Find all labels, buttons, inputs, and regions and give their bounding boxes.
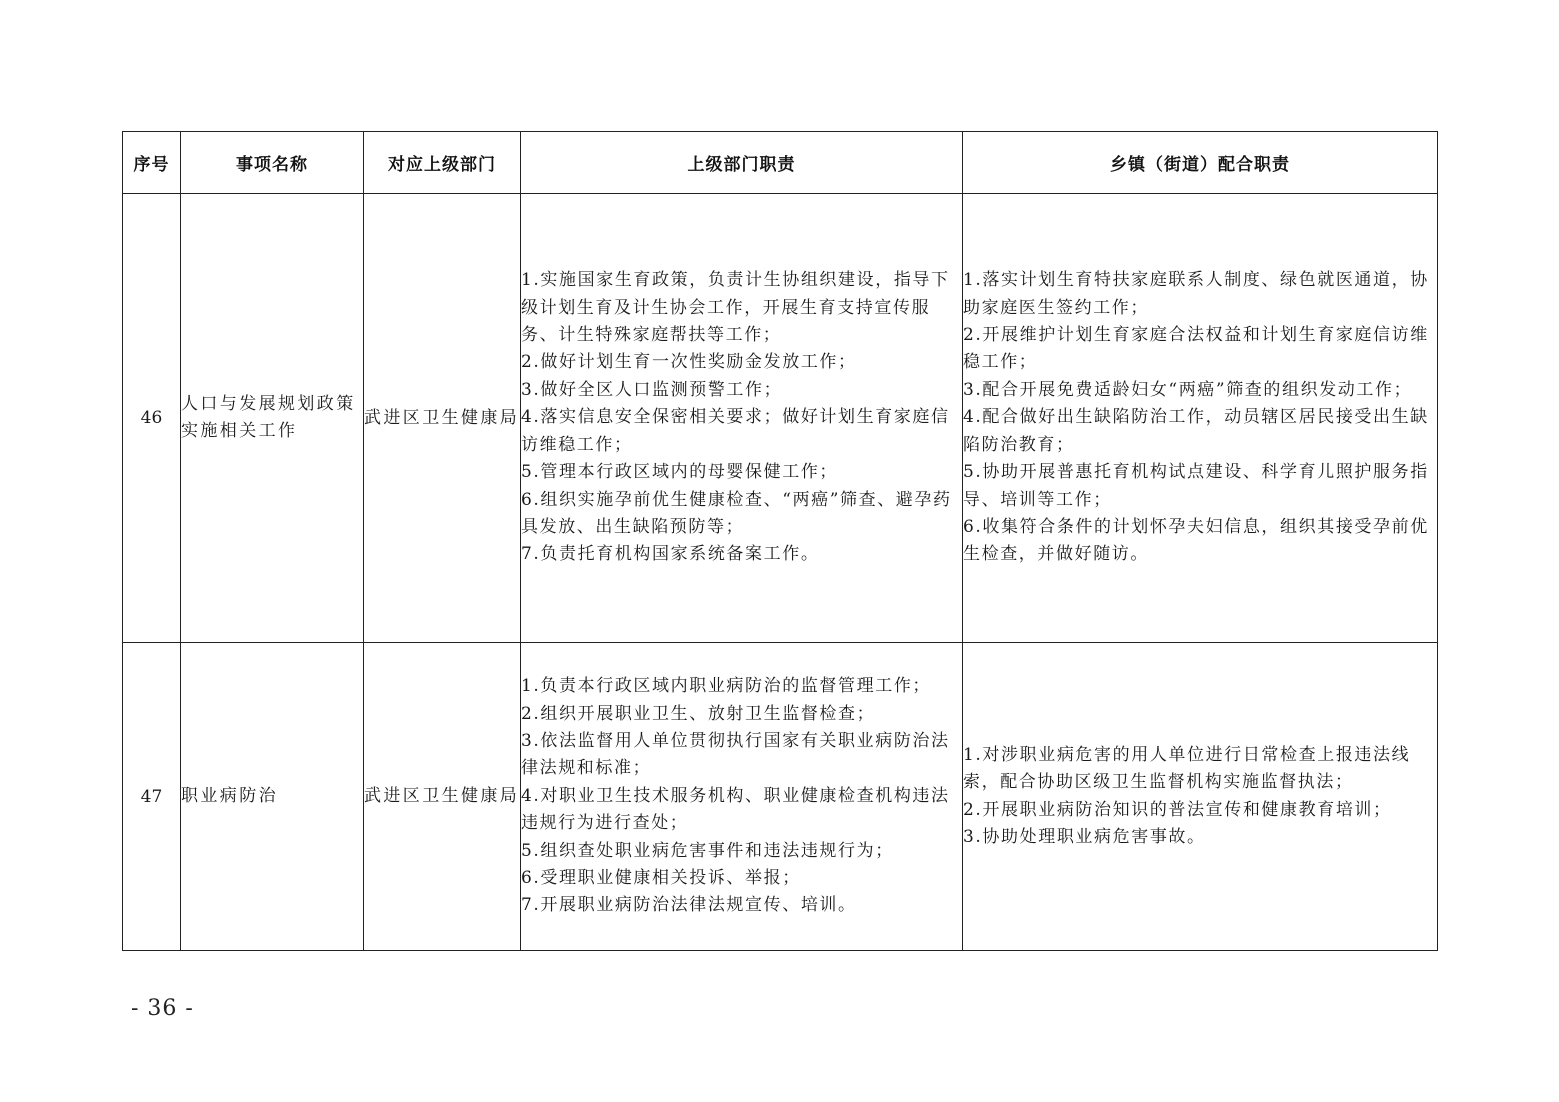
duty-item: 1.实施国家生育政策，负责计生协组织建设，指导下级计划生育及计生协会工作，开展生… bbox=[521, 267, 962, 349]
page-number: - 36 - bbox=[131, 996, 194, 1021]
duty-item: 1.负责本行政区域内职业病防治的监督管理工作； bbox=[521, 673, 962, 700]
duty-item: 6.受理职业健康相关投诉、举报； bbox=[521, 865, 962, 892]
header-item-name: 事项名称 bbox=[181, 132, 364, 194]
item-name-cell: 人口与发展规划政策实施相关工作 bbox=[181, 194, 364, 643]
duty-item: 5.组织查处职业病危害事件和违法违规行为； bbox=[521, 838, 962, 865]
duty-item: 7.负责托育机构国家系统备案工作。 bbox=[521, 541, 962, 568]
duty-item: 4.落实信息安全保密相关要求；做好计划生育家庭信访维稳工作； bbox=[521, 404, 962, 459]
duty-item: 5.管理本行政区域内的母婴保健工作； bbox=[521, 459, 962, 486]
header-serial-number: 序号 bbox=[123, 132, 181, 194]
duty-item: 7.开展职业病防治法律法规宣传、培训。 bbox=[521, 892, 962, 919]
duty-item: 6.组织实施孕前优生健康检查、“两癌”筛查、避孕药具发放、出生缺陷预防等； bbox=[521, 487, 962, 542]
duty-item: 1.落实计划生育特扶家庭联系人制度、绿色就医通道，协助家庭医生签约工作； bbox=[963, 267, 1437, 322]
duty-item: 3.协助处理职业病危害事故。 bbox=[963, 824, 1437, 851]
duty-item: 3.做好全区人口监测预警工作； bbox=[521, 377, 962, 404]
duty-item: 4.对职业卫生技术服务机构、职业健康检查机构违法违规行为进行查处； bbox=[521, 783, 962, 838]
item-name-cell: 职业病防治 bbox=[181, 643, 364, 951]
duty-item: 2.开展维护计划生育家庭合法权益和计划生育家庭信访维稳工作； bbox=[963, 322, 1437, 377]
duty-item: 2.开展职业病防治知识的普法宣传和健康教育培训； bbox=[963, 797, 1437, 824]
duty-item: 4.配合做好出生缺陷防治工作，动员辖区居民接受出生缺陷防治教育； bbox=[963, 404, 1437, 459]
header-town-duties: 乡镇（街道）配合职责 bbox=[963, 132, 1438, 194]
town-duties-cell: 1.对涉职业病危害的用人单位进行日常检查上报违法线索，配合协助区级卫生监督机构实… bbox=[963, 643, 1438, 951]
town-duties-cell: 1.落实计划生育特扶家庭联系人制度、绿色就医通道，协助家庭医生签约工作； 2.开… bbox=[963, 194, 1438, 643]
upper-department-cell: 武进区卫生健康局 bbox=[364, 643, 521, 951]
duty-item: 3.依法监督用人单位贯彻执行国家有关职业病防治法律法规和标准； bbox=[521, 728, 962, 783]
header-upper-duties: 上级部门职责 bbox=[521, 132, 963, 194]
table-row: 47 职业病防治 武进区卫生健康局 1.负责本行政区域内职业病防治的监督管理工作… bbox=[123, 643, 1438, 951]
duty-item: 3.配合开展免费适龄妇女“两癌”筛查的组织发动工作； bbox=[963, 377, 1437, 404]
serial-number-cell: 46 bbox=[123, 194, 181, 643]
duty-item: 1.对涉职业病危害的用人单位进行日常检查上报违法线索，配合协助区级卫生监督机构实… bbox=[963, 742, 1437, 797]
upper-duties-cell: 1.实施国家生育政策，负责计生协组织建设，指导下级计划生育及计生协会工作，开展生… bbox=[521, 194, 963, 643]
table-header-row: 序号 事项名称 对应上级部门 上级部门职责 乡镇（街道）配合职责 bbox=[123, 132, 1438, 194]
duty-table: 序号 事项名称 对应上级部门 上级部门职责 乡镇（街道）配合职责 46 人口与发… bbox=[122, 131, 1438, 951]
header-upper-department: 对应上级部门 bbox=[364, 132, 521, 194]
upper-department-cell: 武进区卫生健康局 bbox=[364, 194, 521, 643]
duty-item: 6.收集符合条件的计划怀孕夫妇信息，组织其接受孕前优生检查，并做好随访。 bbox=[963, 514, 1437, 569]
serial-number-cell: 47 bbox=[123, 643, 181, 951]
upper-duties-cell: 1.负责本行政区域内职业病防治的监督管理工作； 2.组织开展职业卫生、放射卫生监… bbox=[521, 643, 963, 951]
duty-item: 5.协助开展普惠托育机构试点建设、科学育儿照护服务指导、培训等工作； bbox=[963, 459, 1437, 514]
duty-item: 2.组织开展职业卫生、放射卫生监督检查； bbox=[521, 701, 962, 728]
duty-item: 2.做好计划生育一次性奖励金发放工作； bbox=[521, 349, 962, 376]
document-page: 序号 事项名称 对应上级部门 上级部门职责 乡镇（街道）配合职责 46 人口与发… bbox=[0, 0, 1559, 1102]
table-row: 46 人口与发展规划政策实施相关工作 武进区卫生健康局 1.实施国家生育政策，负… bbox=[123, 194, 1438, 643]
